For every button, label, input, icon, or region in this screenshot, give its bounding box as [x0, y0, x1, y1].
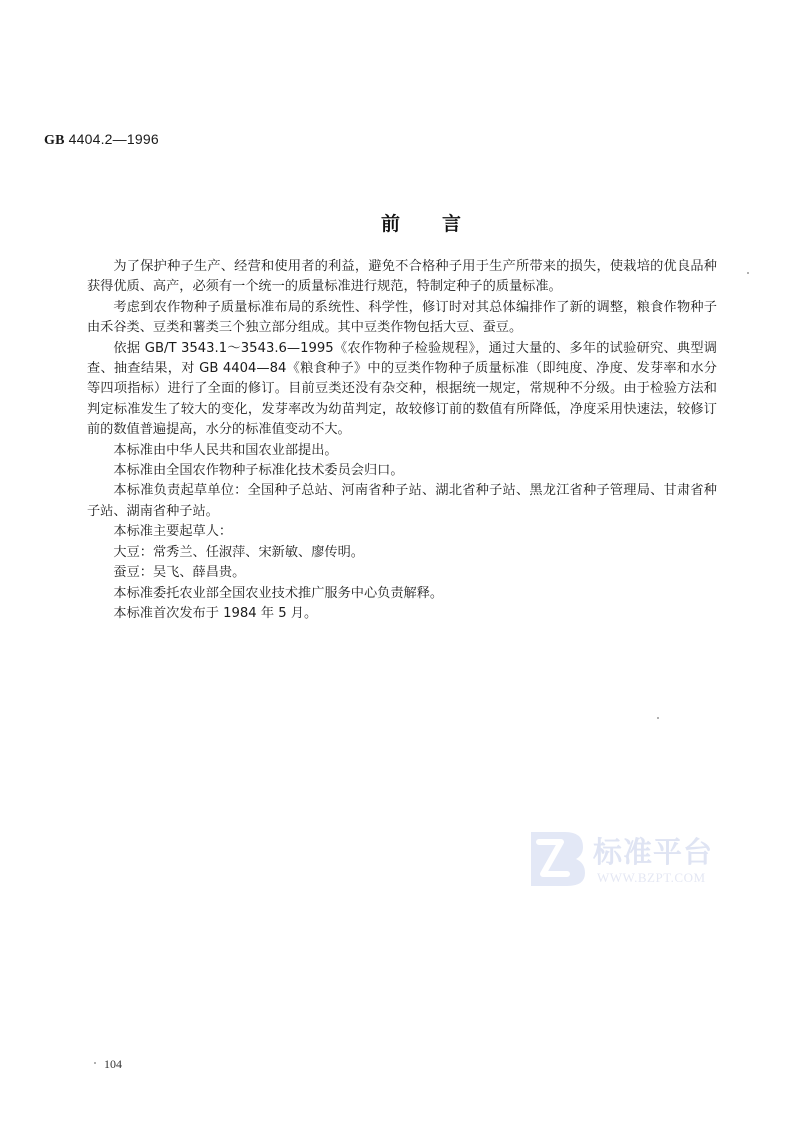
paragraph-revision-basis: 依据 GB/T 3543.1～3543.6—1995《农作物种子检验规程》，通过…: [87, 339, 717, 441]
paragraph-interpretation: 本标准委托农业部全国农业技术推广服务中心负责解释。: [87, 584, 717, 604]
standard-number: 4404.2—1996: [69, 131, 159, 147]
paragraph-purpose: 为了保护种子生产、经营和使用者的利益，避免不合格种子用于生产所带来的损失，使栽培…: [87, 257, 717, 298]
paragraph-drafting-units: 本标准负责起草单位：全国种子总站、河南省种子站、湖北省种子站、黑龙江省种子管理局…: [87, 481, 717, 522]
paragraph-proposer: 本标准由中华人民共和国农业部提出。: [87, 441, 717, 461]
paragraph-administrator: 本标准由全国农作物种子标准化技术委员会归口。: [87, 461, 717, 481]
page-title: 前言: [0, 209, 800, 236]
paragraph-broadbean-drafters: 蚕豆：吴飞、薛昌贵。: [87, 563, 717, 583]
bz-logo-icon: [527, 828, 589, 890]
page-number: 104: [104, 1057, 122, 1072]
watermark-title: 标准平台: [593, 830, 713, 871]
standard-code: GB4404.2—1996: [44, 131, 159, 149]
foreword-body: 为了保护种子生产、经营和使用者的利益，避免不合格种子用于生产所带来的损失，使栽培…: [87, 257, 717, 624]
watermark: 标准平台 WWW.BZPT.COM: [527, 828, 727, 890]
scan-speck: [747, 272, 749, 274]
paragraph-first-release: 本标准首次发布于 1984 年 5 月。: [87, 604, 717, 624]
paragraph-structure: 考虑到农作物种子质量标准布局的系统性、科学性，修订时对其总体编排作了新的调整，粮…: [87, 298, 717, 339]
standard-prefix: GB: [44, 133, 65, 148]
paragraph-drafters-heading: 本标准主要起草人：: [87, 522, 717, 542]
scan-speck: [94, 1062, 96, 1064]
paragraph-soybean-drafters: 大豆：常秀兰、任淑萍、宋新敏、廖传明。: [87, 543, 717, 563]
watermark-url: WWW.BZPT.COM: [597, 870, 706, 886]
scan-speck: [657, 717, 659, 719]
